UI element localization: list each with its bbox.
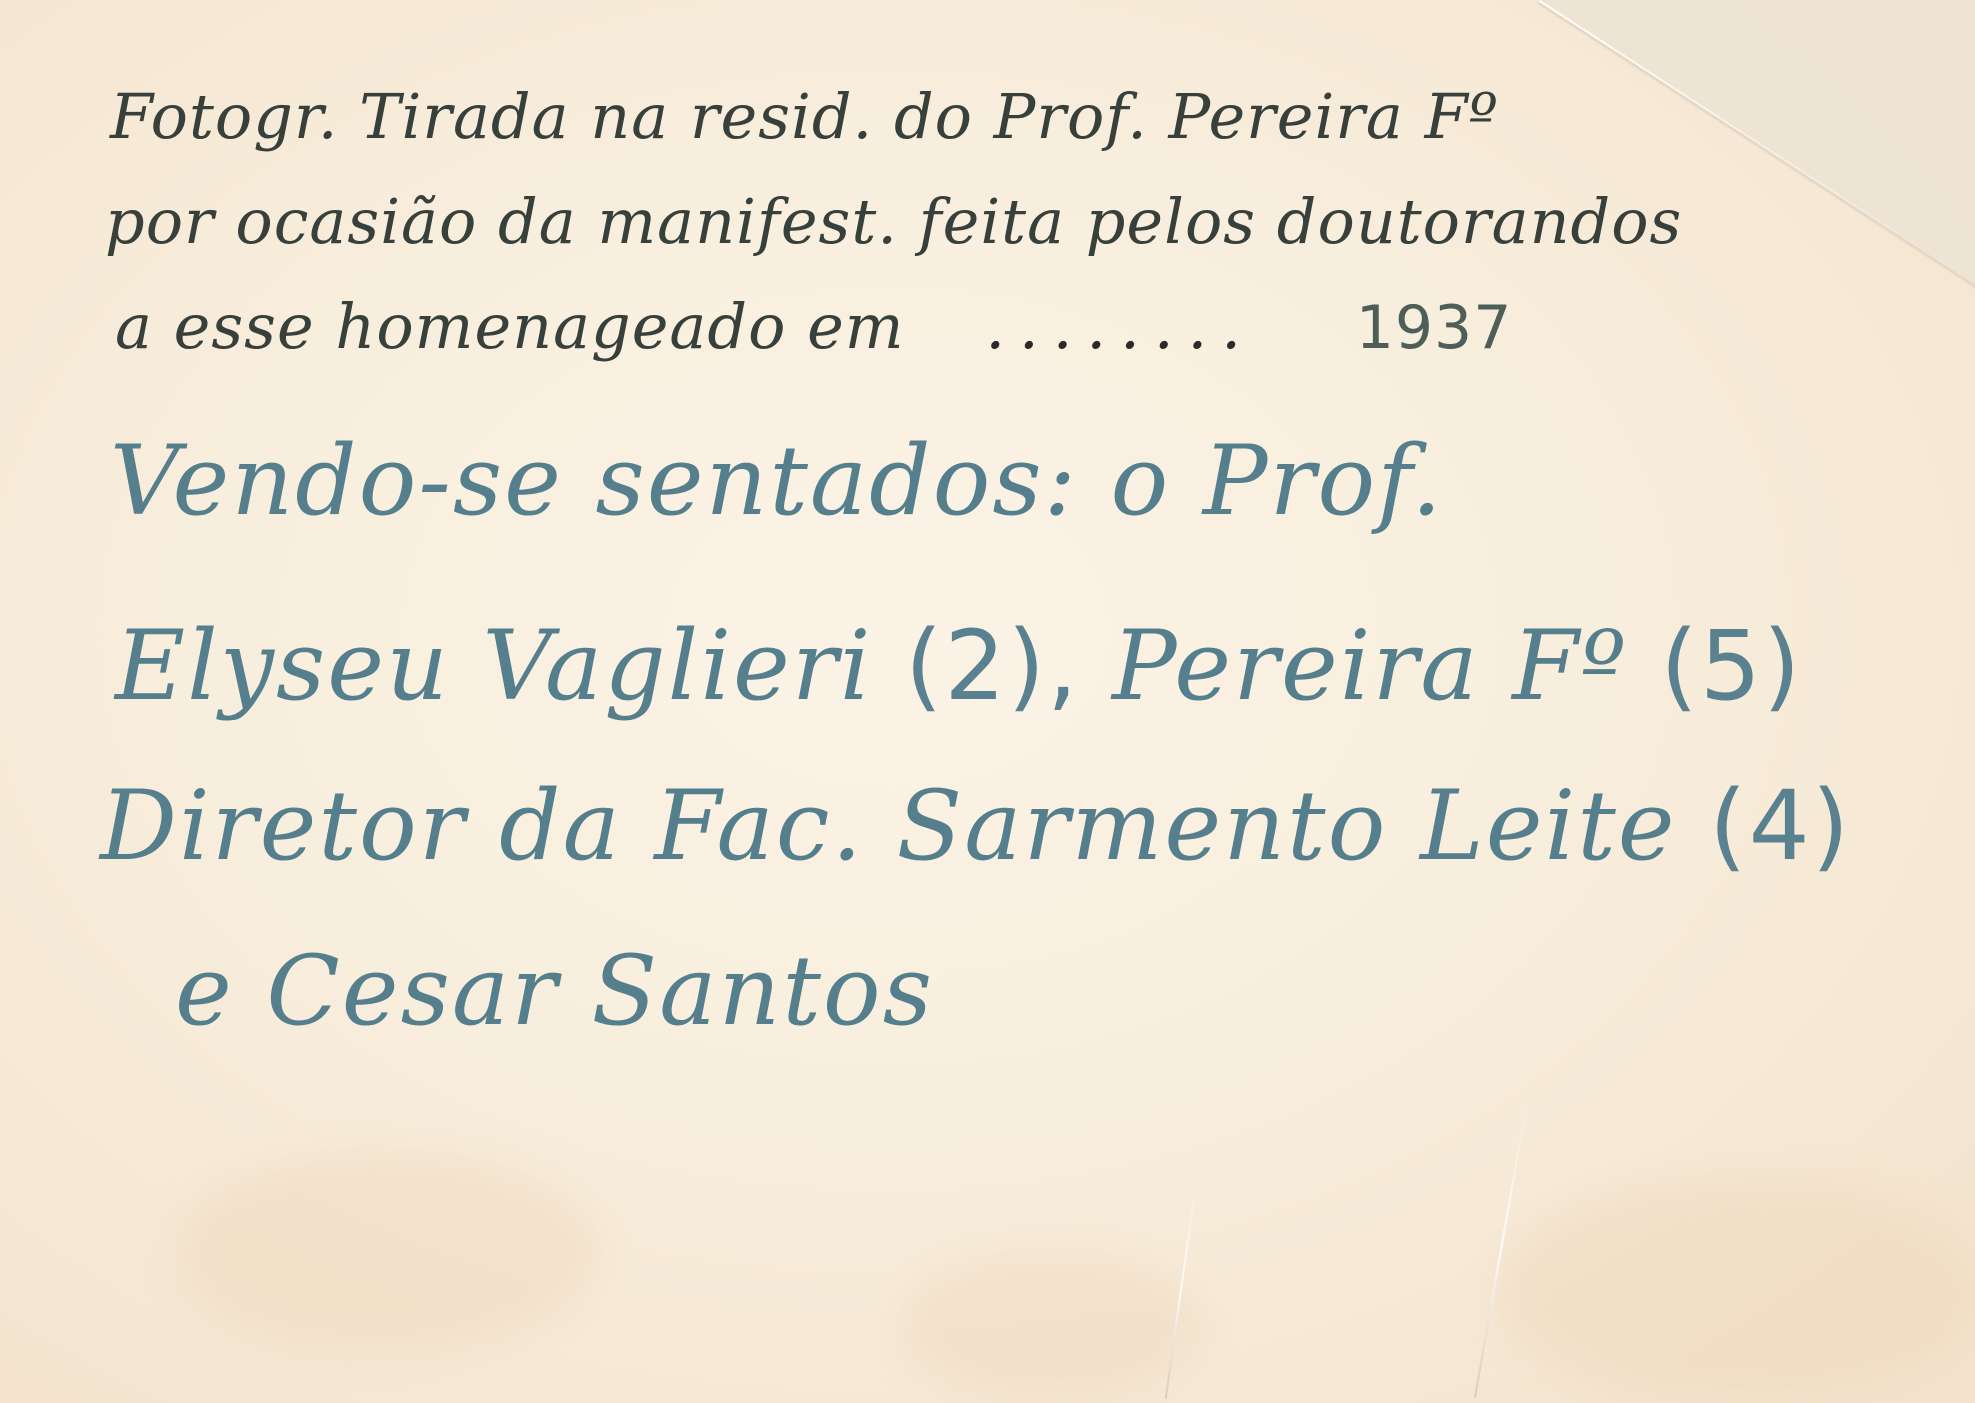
caption-dots: ........: [985, 290, 1255, 363]
names-line-1: Vendo-se sentados: o Prof.: [110, 425, 1444, 537]
photo-back-paper: Fotogr. Tirada na resid. do Prof. Pereir…: [0, 0, 1975, 1403]
names-line-3-text: Diretor da Fac. Sarmento Leite: [100, 770, 1677, 882]
caption-line-1: Fotogr. Tirada na resid. do Prof. Pereir…: [110, 80, 1499, 153]
caption-line-3: a esse homenageado em ........ 1937: [115, 290, 1512, 363]
names-line-2-text: Elyseu Vaglieri: [115, 610, 872, 722]
person-number-2: (2),: [905, 610, 1080, 722]
paper-stain: [1500, 1180, 1975, 1400]
caption-line-3-text: a esse homenageado em: [115, 290, 905, 363]
names-line-4: e Cesar Santos: [175, 935, 934, 1047]
names-line-3: Diretor da Fac. Sarmento Leite (4): [100, 770, 1851, 882]
names-line-2: Elyseu Vaglieri (2), Pereira Fº (5): [115, 610, 1802, 722]
corner-fold-shade: [1540, 0, 1975, 340]
paper-stain: [900, 1250, 1200, 1400]
person-number-5: (5): [1660, 610, 1802, 722]
caption-year: 1937: [1356, 293, 1513, 363]
caption-line-2: por ocasião da manifest. feita pelos dou…: [105, 185, 1682, 258]
paper-stain: [180, 1150, 600, 1350]
names-line-2-text2: Pereira Fº: [1112, 610, 1628, 722]
person-number-4: (4): [1709, 770, 1851, 882]
